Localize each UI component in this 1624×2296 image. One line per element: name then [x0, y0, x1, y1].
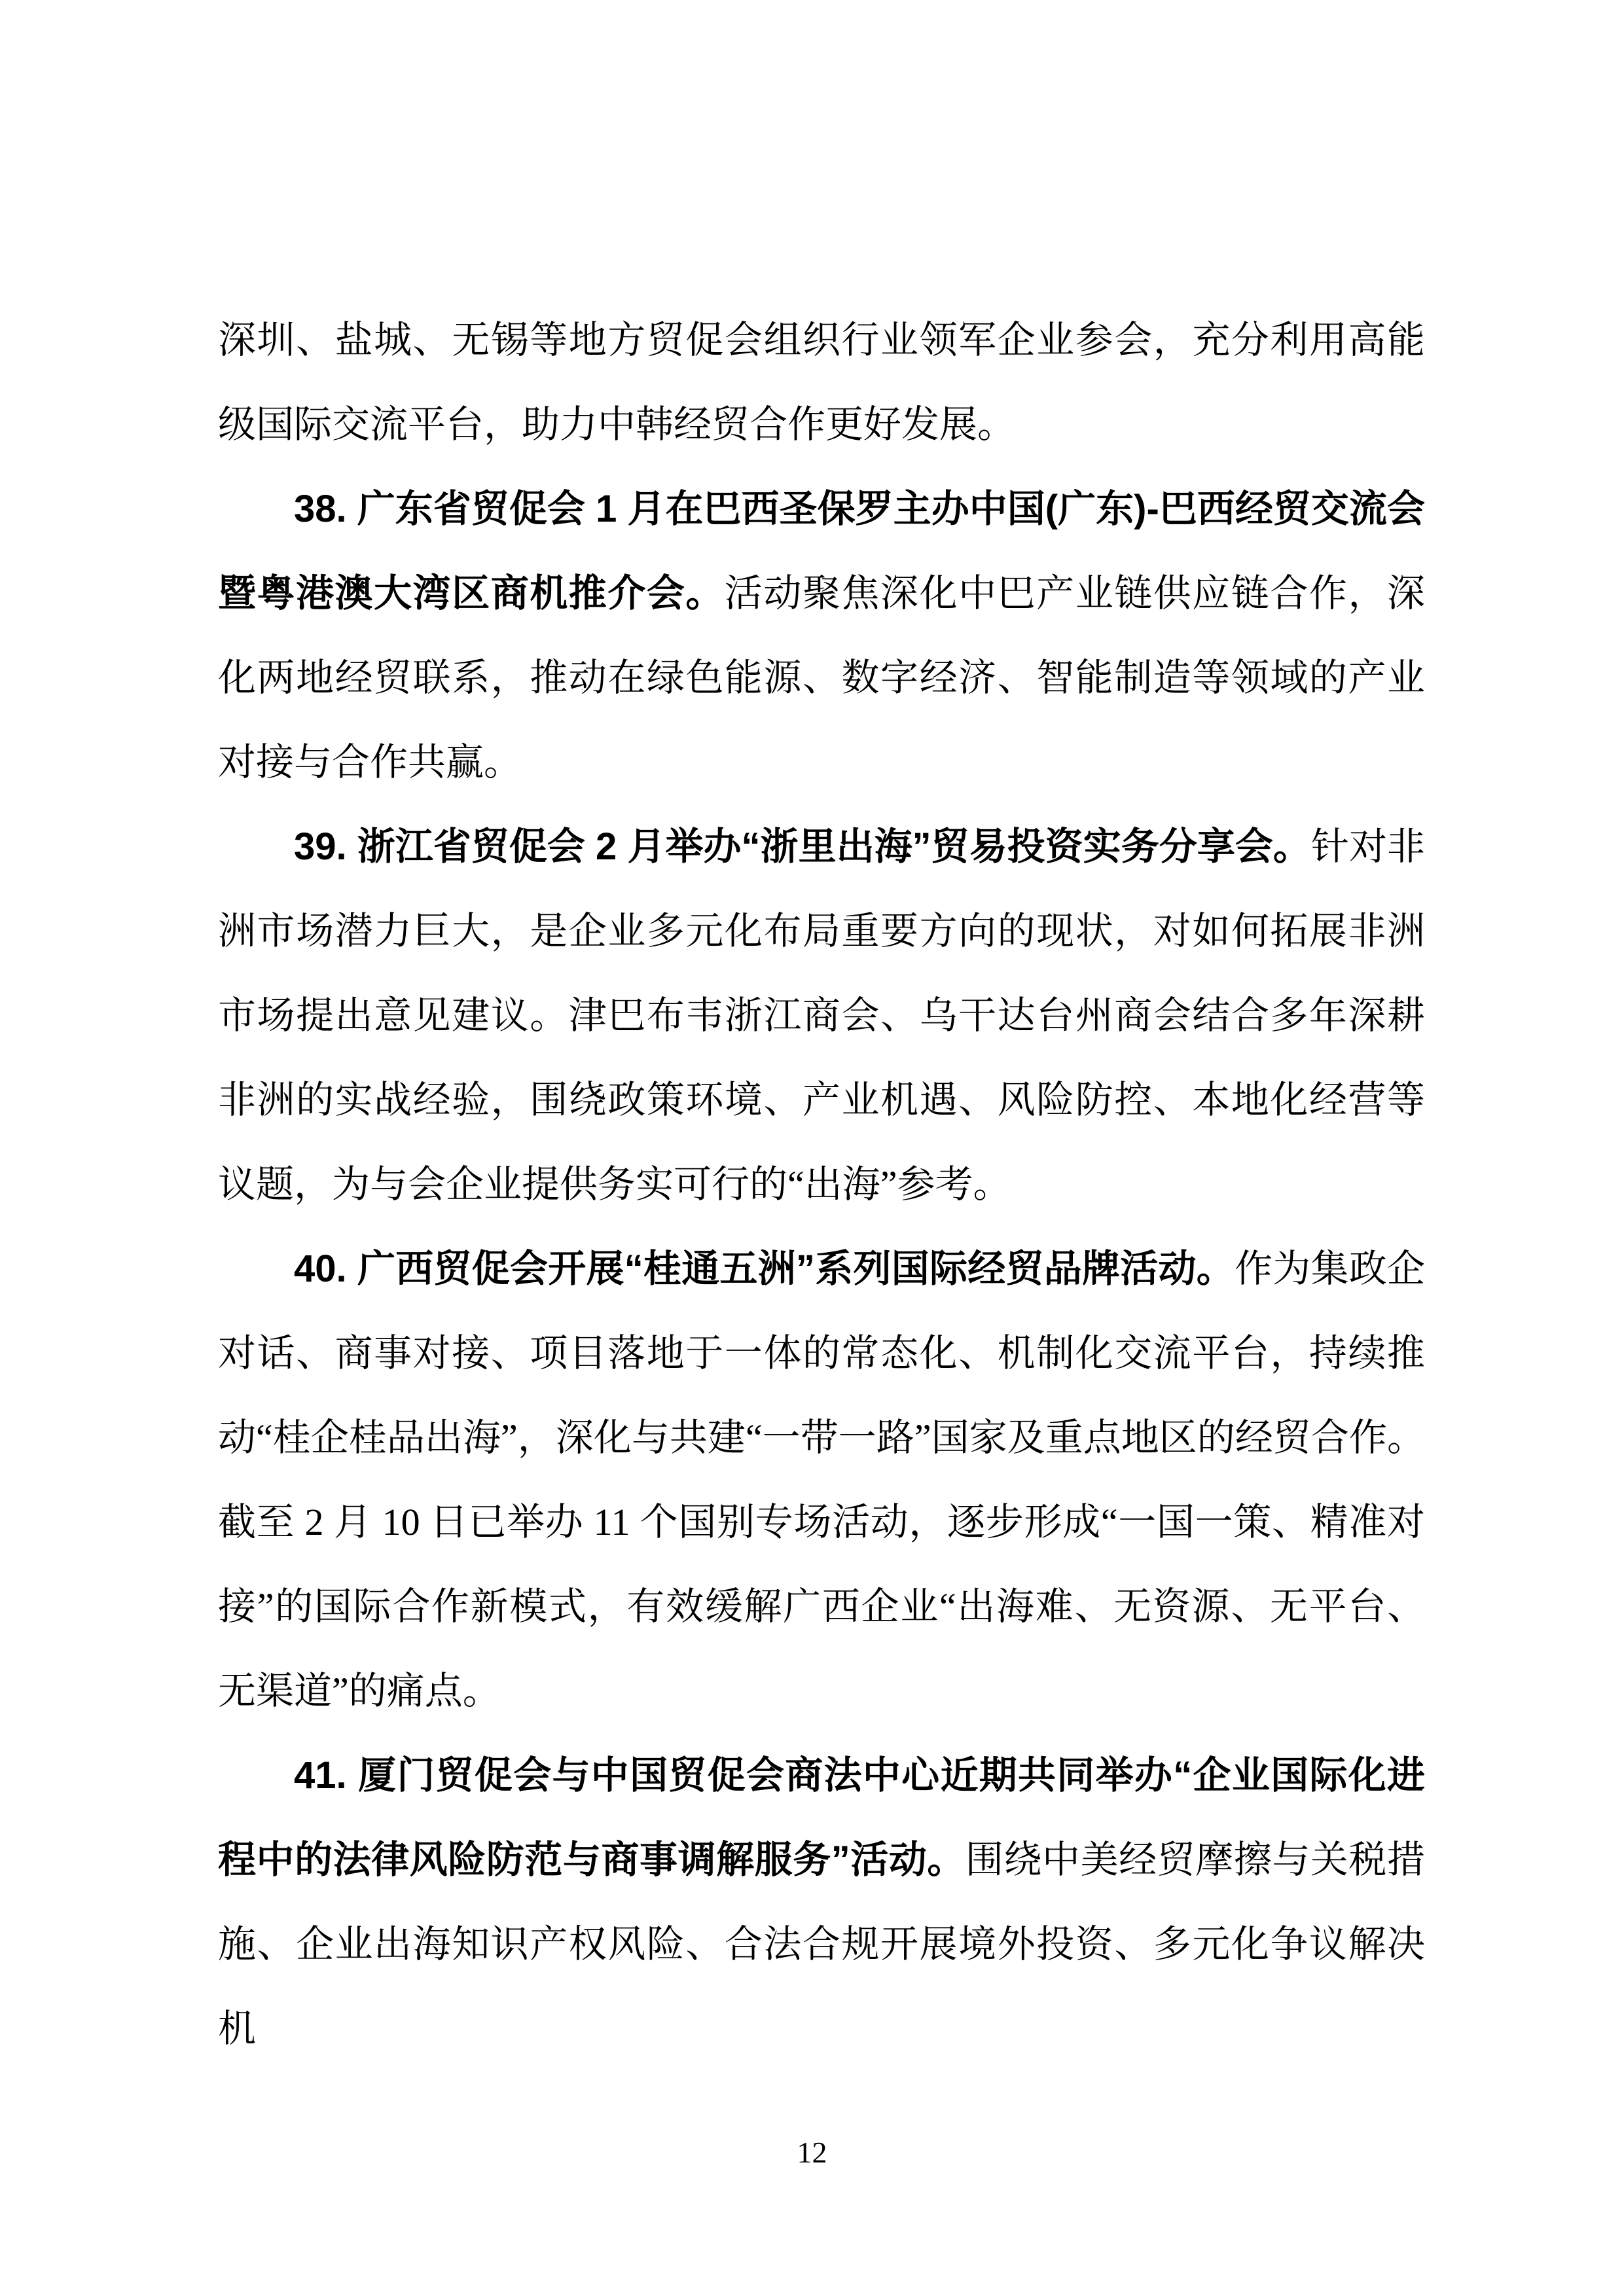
paragraph-body-text: 作为集政企对话、商事对接、项目落地于一体的常态化、机制化交流平台，持续推动“桂企…	[218, 1247, 1425, 1712]
paragraph: 深圳、盐城、无锡等地方贸促会组织行业领军企业参会，充分利用高能级国际交流平台，助…	[218, 298, 1425, 467]
document-page: 深圳、盐城、无锡等地方贸促会组织行业领军企业参会，充分利用高能级国际交流平台，助…	[0, 0, 1624, 2296]
paragraph: 39. 浙江省贸促会 2 月举办“浙里出海”贸易投资实务分享会。针对非洲市场潜力…	[218, 804, 1425, 1227]
document-body: 深圳、盐城、无锡等地方贸促会组织行业领军企业参会，充分利用高能级国际交流平台，助…	[218, 298, 1425, 2071]
paragraph-body-text: 针对非洲市场潜力巨大，是企业多元化布局重要方向的现状，对如何拓展非洲市场提出意见…	[218, 825, 1425, 1206]
paragraph: 38. 广东省贸促会 1 月在巴西圣保罗主办中国(广东)-巴西经贸交流会暨粤港澳…	[218, 467, 1425, 804]
page-number: 12	[0, 2135, 1624, 2170]
paragraph-lead-text: 39. 浙江省贸促会 2 月举办“浙里出海”贸易投资实务分享会。	[294, 825, 1311, 868]
paragraph-lead-text: 40. 广西贸促会开展“桂通五洲”系列国际经贸品牌活动。	[294, 1247, 1235, 1290]
paragraph-body-text: 深圳、盐城、无锡等地方贸促会组织行业领军企业参会，充分利用高能级国际交流平台，助…	[218, 319, 1425, 446]
paragraph: 41. 厦门贸促会与中国贸促会商法中心近期共同举办“企业国际化进程中的法律风险防…	[218, 1733, 1425, 2071]
paragraph: 40. 广西贸促会开展“桂通五洲”系列国际经贸品牌活动。作为集政企对话、商事对接…	[218, 1227, 1425, 1733]
